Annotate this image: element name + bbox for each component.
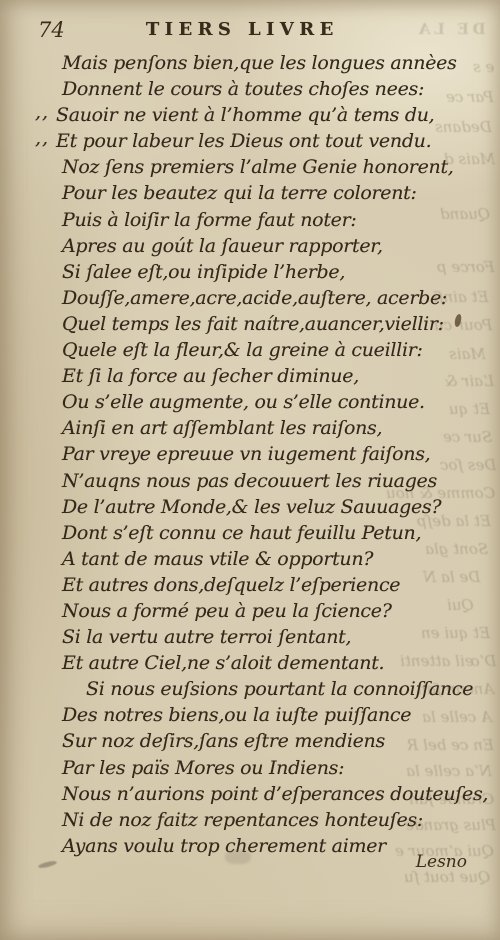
poem-line: Quele eſt la fleur,& la greine à cueilli… — [0, 337, 500, 363]
poem-line-text: Nous n’aurions point d’eſperances douteu… — [62, 783, 488, 805]
poem-line-text: Si ſalee eſt,ou inſipide l’herbe, — [62, 261, 345, 283]
poem-line-text: De l’autre Monde,& les veluz Sauuages? — [62, 496, 441, 518]
poem-line-text: Apres au goút la ſaueur rapporter, — [62, 235, 383, 257]
poem-line: Si ſalee eſt,ou inſipide l’herbe, — [0, 259, 500, 285]
poem-line-text: N’auqns nous pas decouuert les riuages — [62, 470, 437, 492]
poem-line-text: Quel temps les fait naítre,auancer,viell… — [62, 313, 444, 335]
poem-line-text: A tant de maus vtile & opportun? — [62, 548, 373, 570]
poem-line-text: Douſſe,amere,acre,acide,auſtere, acerbe: — [62, 287, 447, 309]
poem-line: Mais penſons bien,que les longues annèes — [0, 50, 500, 76]
header-title: TIERS LIVRE — [146, 19, 339, 40]
poem-line-text: Sauoir ne vient à l’homme qu’à tems du, — [56, 104, 434, 126]
poem-line-text: Puis à loiſir la forme faut noter: — [62, 209, 357, 231]
poem-line: Si la vertu autre terroi ſentant, — [0, 624, 500, 650]
poem-line-text: Quele eſt la fleur,& la greine à cueilli… — [62, 339, 423, 361]
poem-line: Des notres biens,ou la iuſte puiſſance — [0, 702, 500, 728]
quotation-marks: ,, — [35, 125, 49, 151]
poem-line: A tant de maus vtile & opportun? — [0, 546, 500, 572]
poem-line-text: Mais penſons bien,que les longues annèes — [62, 52, 457, 74]
poem-line: Noz ſens premiers l’alme Genie honorent, — [0, 154, 500, 180]
running-header: 74 TIERS LIVRE — [0, 16, 500, 44]
poem-line: Ou s’elle augmente, ou s’elle continue. — [0, 389, 500, 415]
poem-line-text: Et autre Ciel,ne s’aloit dementant. — [62, 652, 384, 674]
poem-line: Et ſi la force au ſecher diminue, — [0, 363, 500, 389]
quotation-marks: ,, — [35, 99, 49, 125]
poem-line-text: Noz ſens premiers l’alme Genie honorent, — [62, 156, 454, 178]
poem-line: De l’autre Monde,& les veluz Sauuages? — [0, 494, 500, 520]
poem-line-text: Par vreye epreuue vn iugement faiſons, — [62, 443, 430, 465]
poem-line: Douſſe,amere,acre,acide,auſtere, acerbe: — [0, 285, 500, 311]
poem-line-text: Des notres biens,ou la iuſte puiſſance — [62, 704, 411, 726]
poem-line: Ainſi en art aſſemblant les raiſons, — [0, 415, 500, 441]
poem-line: Par vreye epreuue vn iugement faiſons, — [0, 441, 500, 467]
page-number: 74 — [38, 18, 65, 42]
poem-line-text: Pour les beautez qui la terre colorent: — [62, 182, 417, 204]
pencil-mark — [38, 860, 58, 869]
poem-line-text: Et ſi la force au ſecher diminue, — [62, 365, 359, 387]
poem-line-text: Ayans voulu trop cherement aimer — [62, 835, 386, 857]
poem-line: Puis à loiſir la forme faut noter: — [0, 207, 500, 233]
poem-line-text: Si nous euſsions pourtant la connoiſſanc… — [86, 678, 473, 700]
poem-line: Nous n’aurions point d’eſperances douteu… — [0, 781, 500, 807]
poem-line: Et autres dons,deſquelz l’eſperience — [0, 572, 500, 598]
poem-line-text: Sur noz deſirs,ſans eſtre mendiens — [62, 730, 385, 752]
poem-line: N’auqns nous pas decouuert les riuages — [0, 468, 500, 494]
poem-line-text: Si la vertu autre terroi ſentant, — [62, 626, 351, 648]
poem-line-text: Nous a formé peu à peu la ſcience? — [62, 600, 392, 622]
poem-line: Si nous euſsions pourtant la connoiſſanc… — [0, 676, 500, 702]
poem-line: Dont s’eſt connu ce haut feuillu Petun, — [0, 520, 500, 546]
poem-line-text: Donnent le cours à toutes choſes nees: — [62, 78, 424, 100]
poem-line-text: Par les païs Mores ou Indiens: — [62, 757, 344, 779]
poem-line: Pour les beautez qui la terre colorent: — [0, 180, 500, 206]
poem-line: Donnent le cours à toutes choſes nees: — [0, 76, 500, 102]
poem-line-text: Ni de noz faitz repentances honteuſes: — [62, 809, 423, 831]
poem-line-text: Ainſi en art aſſemblant les raiſons, — [62, 417, 382, 439]
poem-line-text: Ou s’elle augmente, ou s’elle continue. — [62, 391, 425, 413]
catchword: Lesno — [416, 852, 467, 872]
paper-fleck — [88, 93, 91, 96]
poem-line-text: Et pour labeur les Dieus ont tout vendu. — [56, 130, 431, 152]
poem-line: Apres au goút la ſaueur rapporter, — [0, 233, 500, 259]
poem-line-text: Et autres dons,deſquelz l’eſperience — [62, 574, 400, 596]
book-page: DE LAe sPar ceDedansMais dQuandForce pEt… — [0, 0, 500, 940]
poem-line: Et autre Ciel,ne s’aloit dementant. — [0, 650, 500, 676]
poem-line: Quel temps les fait naítre,auancer,viell… — [0, 311, 500, 337]
poem-line: ,,Sauoir ne vient à l’homme qu’à tems du… — [0, 102, 500, 128]
poem: Mais penſons bien,que les longues annèes… — [0, 50, 500, 859]
poem-line: Sur noz deſirs,ſans eſtre mendiens — [0, 728, 500, 754]
poem-line: Par les païs Mores ou Indiens: — [0, 755, 500, 781]
poem-line-text: Dont s’eſt connu ce haut feuillu Petun, — [62, 522, 421, 544]
poem-line: Nous a formé peu à peu la ſcience? — [0, 598, 500, 624]
poem-line: ,,Et pour labeur les Dieus ont tout vend… — [0, 128, 500, 154]
ghost-stain — [225, 850, 251, 864]
poem-line: Ni de noz faitz repentances honteuſes: — [0, 807, 500, 833]
